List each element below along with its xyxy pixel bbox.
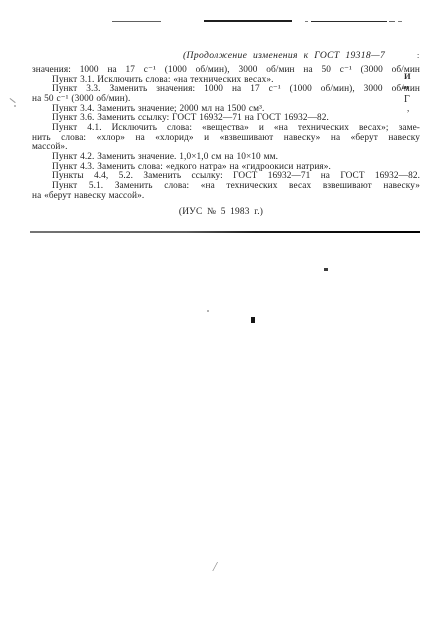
pencil-dot <box>14 105 16 107</box>
ink-speck <box>251 317 255 323</box>
top-rule-dash-2 <box>398 21 402 23</box>
issue-note: (ИУС № 5 1983 г.) <box>32 207 410 217</box>
top-rule-dash-1 <box>389 21 395 23</box>
separator-rule <box>30 231 420 233</box>
top-rule-segment-1 <box>112 21 161 23</box>
top-rule-dot <box>305 21 308 23</box>
ink-speck <box>324 268 328 271</box>
text-line: на «берут навеску массой». <box>32 192 420 202</box>
amendment-text-block: значения: 1000 на 17 с⁻¹ (1000 об/мин), … <box>32 66 420 201</box>
top-rule-segment-2 <box>204 20 292 22</box>
ink-speck <box>207 310 209 312</box>
top-rule-segment-3 <box>311 21 387 23</box>
pencil-tick <box>9 98 15 103</box>
continuation-header: (Продолжение изменения к ГОСТ 19318—7 <box>183 50 385 61</box>
margin-artifact-small: аи <box>402 85 408 91</box>
margin-artifact-letter: И <box>404 71 411 81</box>
text-line: нить слова: «хлор» на «хлорид» и «взвеши… <box>32 134 420 144</box>
header-cut-mark: : <box>417 51 419 60</box>
margin-artifact-comma: , <box>407 103 409 113</box>
slash-mark: / <box>213 560 217 576</box>
